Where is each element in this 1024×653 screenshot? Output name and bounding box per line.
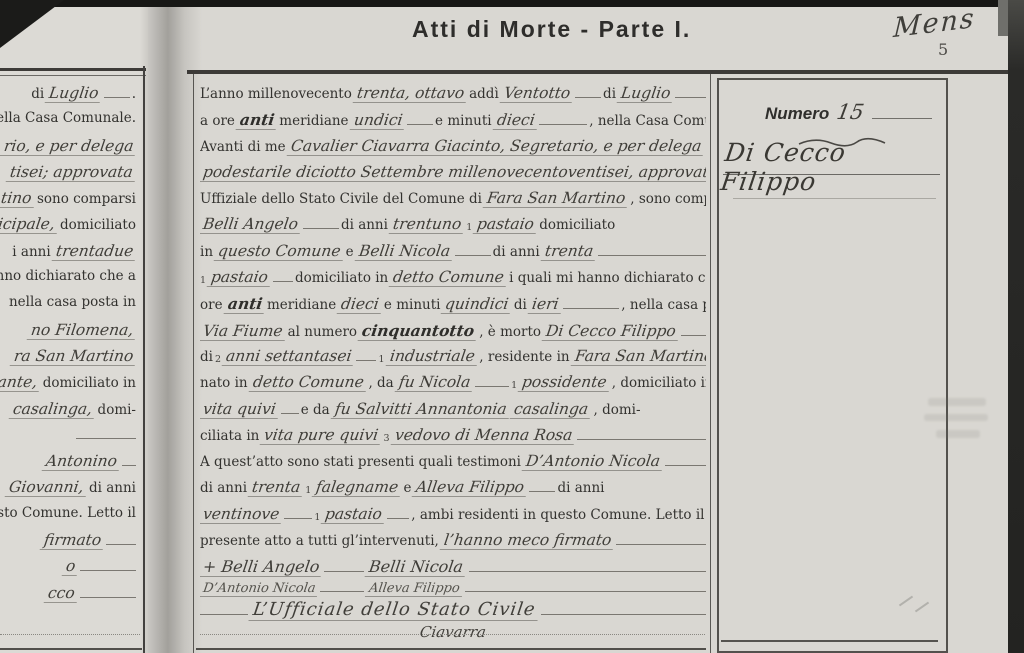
ruled-fill <box>872 106 932 119</box>
ruled-fill <box>106 532 136 545</box>
handwritten-text: cinquantotto <box>358 321 479 341</box>
handwritten-text: tisei; approvata <box>6 163 137 182</box>
printed-text: i anni <box>12 244 50 260</box>
handwritten-text: Belli Nicola <box>365 557 468 577</box>
text-line: Antonino <box>0 452 140 478</box>
text-line: a oreantimeridianeundicie minutidieci, n… <box>200 110 706 136</box>
handwritten-text: Belli Nicola <box>354 242 454 261</box>
handwritten-text: ventinove <box>200 505 284 524</box>
printed-text: e <box>403 480 411 496</box>
printed-text: meridiane <box>267 297 336 313</box>
handwritten-text: Antonino <box>42 452 122 471</box>
text-line: firmato <box>0 531 140 557</box>
text-line: Giovanni,di anni <box>0 478 140 504</box>
deceased-name: Di Cecco Filippo <box>719 138 944 196</box>
text-line: Uffiziale dello Stato Civile del Comune … <box>200 189 706 215</box>
handwritten-text: fu Nicola <box>394 373 474 392</box>
handwritten-text: ciante, <box>0 373 42 392</box>
handwritten-text: quindici <box>441 295 513 314</box>
ruled-fill <box>598 243 706 256</box>
ruled-fill <box>76 426 136 439</box>
handwritten-text: vita pure quivi <box>260 426 383 445</box>
printed-text: di <box>603 86 616 102</box>
text-line: Belli Angelodi annitrentuno1pastaiodomic… <box>200 215 706 241</box>
footnote-marker: 3 <box>383 433 389 444</box>
footnote-marker: 1 <box>305 485 311 496</box>
ruled-fill <box>681 323 706 336</box>
text-line: hanno dichiarato che a <box>0 268 140 294</box>
handwritten-text: rio, e per delega <box>0 137 137 156</box>
printed-text: Uffiziale dello Stato Civile del Comune … <box>200 191 482 207</box>
ruled-fill <box>563 296 619 309</box>
printed-text: di anni <box>493 244 540 260</box>
handwritten-text: Di Cecco Filippo <box>542 322 680 341</box>
text-line: ciante,domiciliato in <box>0 373 140 399</box>
handwritten-text: Alleva Filippo <box>365 581 464 597</box>
text-line: L’Ufficiale dello Stato Civile <box>200 599 706 623</box>
numero-label: Numero <box>765 104 829 124</box>
printed-text: A quest’atto sono stati presenti quali t… <box>200 454 521 470</box>
ruled-fill <box>529 479 555 492</box>
handwritten-text: trenta <box>248 478 305 497</box>
printed-text: uesto Comune. Letto il <box>0 505 136 521</box>
ruled-fill <box>407 112 433 125</box>
text-line: L’anno millenovecentotrenta, ottavoaddìV… <box>200 84 706 110</box>
printed-text: di <box>31 86 44 102</box>
printed-text: , ambi residenti in questo Comune. Letto… <box>411 507 704 523</box>
printed-text: a ore <box>200 113 235 129</box>
handwritten-text: falegname <box>312 478 403 497</box>
printed-text: L’anno millenovecento <box>200 86 352 102</box>
text-line: diLuglio. <box>0 84 140 110</box>
text-line: cco <box>0 584 140 610</box>
handwritten-text: questo Comune <box>214 242 345 261</box>
handwritten-text: anti <box>223 294 266 314</box>
handwritten-text: cco <box>44 584 79 603</box>
printed-text: , sono comparsi <box>630 191 706 207</box>
photo-corner-top-left <box>0 0 64 48</box>
handwritten-text: pastaio <box>473 215 539 234</box>
blank-ruled-line <box>733 198 936 199</box>
handwritten-text: trenta, ottavo <box>353 84 469 103</box>
printed-text: , domiciliato in <box>612 375 706 391</box>
handwritten-text: Via Fiume <box>200 322 287 341</box>
ruled-fill <box>200 602 248 615</box>
printed-text: addì <box>469 86 499 102</box>
text-line: i annitrentadue <box>0 242 140 268</box>
handwritten-text: ra San Martino <box>9 347 137 366</box>
footnote-marker: 1 <box>466 222 472 233</box>
handwritten-text: no Filomena, <box>26 321 137 340</box>
handwritten-text: Alleva Filippo <box>412 478 529 497</box>
printed-text: , è morto <box>479 324 541 340</box>
handwritten-text: Cavalier Ciavarra Giacinto, Segretario, … <box>286 137 705 156</box>
handwritten-text: industriale <box>385 347 478 366</box>
printed-text: , nella Casa Comunale. <box>589 113 706 129</box>
printed-text: ore <box>200 297 223 313</box>
text-line: ra San Martino <box>0 347 140 373</box>
printed-text: di <box>514 297 527 313</box>
text-line: nella Casa Comunale. <box>0 110 140 136</box>
bleed-through-smudge <box>924 414 988 421</box>
handwritten-text: pastaio <box>321 505 387 524</box>
footnote-marker: 1 <box>200 275 206 286</box>
handwritten-text: trentadue <box>51 242 137 261</box>
handwritten-text: detto Comune <box>248 373 368 392</box>
ruled-fill <box>104 85 130 98</box>
ruled-fill <box>675 85 706 98</box>
printed-text: , residente in <box>479 349 569 365</box>
photo-right-edge <box>1008 0 1024 653</box>
handwritten-text: Fara San Martino <box>570 347 706 366</box>
handwritten-text: possidente <box>518 373 611 392</box>
handwritten-text: trentuno <box>389 215 466 234</box>
ruled-fill <box>281 401 299 414</box>
handwritten-text: firmato <box>39 531 105 550</box>
left-bottom-dotted-rule <box>0 634 140 635</box>
photo-top-edge <box>0 0 1000 7</box>
handwritten-text: L’Ufficiale dello Stato Civile <box>248 599 540 621</box>
handwritten-text: Ventotto <box>499 84 574 103</box>
printed-text: sono comparsi <box>37 191 136 207</box>
printed-text: , nella casa posta in <box>621 297 706 313</box>
handwritten-text: vita quivi <box>200 400 280 419</box>
printed-text: ciliata in <box>200 428 259 444</box>
printed-text: . <box>132 86 136 102</box>
text-line: podestarile diciotto Settembre millenove… <box>200 163 706 189</box>
text-line: Ciavarra <box>200 623 706 641</box>
bottom-dotted-rule <box>200 634 705 635</box>
handwritten-text: ieri <box>527 295 562 314</box>
printed-text: nato in <box>200 375 248 391</box>
printed-text: e da <box>301 402 330 418</box>
numero-value: 15 <box>835 100 866 124</box>
text-line: Via Fiumeal numerocinquantotto, è mortoD… <box>200 321 706 347</box>
ruled-fill <box>80 558 136 571</box>
ruled-fill <box>284 506 312 519</box>
handwritten-text: dieci <box>337 295 383 314</box>
handwritten-text: anni settantasei <box>222 347 356 366</box>
text-line: casalinga,domi- <box>0 400 140 426</box>
scanned-death-register-photo: Atti di Morte - Parte I. Mens 5 diLuglio… <box>0 0 1024 653</box>
handwritten-text: trenta <box>540 242 597 261</box>
footnote-marker: 2 <box>215 354 221 365</box>
printed-text: , domi- <box>594 402 641 418</box>
ruled-fill <box>475 374 509 387</box>
handwritten-text: Luglio <box>617 84 675 103</box>
text-line <box>0 426 140 452</box>
ruled-fill <box>356 348 376 361</box>
ruled-fill <box>80 585 136 598</box>
text-line: nato indetto Comune, dafu Nicola1posside… <box>200 373 706 399</box>
text-line: Avanti di meCavalier Ciavarra Giacinto, … <box>200 137 706 163</box>
bleed-through-smudge <box>928 398 986 406</box>
ruled-fill <box>469 559 706 572</box>
text-line: tinosono comparsi <box>0 189 140 215</box>
printed-text: domiciliato <box>539 217 615 233</box>
left-bottom-solid-rule <box>0 648 142 650</box>
deceased-name-row: Di Cecco Filippo <box>723 132 940 175</box>
handwritten-text: o <box>61 557 79 576</box>
ruled-fill <box>455 243 491 256</box>
handwritten-text: unicipale, <box>0 215 59 234</box>
ruled-fill <box>387 506 409 519</box>
printed-text: nella Casa Comunale. <box>0 110 136 126</box>
text-line: rio, e per delega <box>0 137 140 163</box>
printed-text: e minuti <box>435 113 492 129</box>
printed-text: presente atto a tutti gl’intervenuti, <box>200 533 439 549</box>
text-line: oreantimeridianediecie minutiquindicidii… <box>200 294 706 320</box>
printed-text: in <box>200 244 213 260</box>
printed-text: hanno dichiarato che a <box>0 268 136 284</box>
text-line: + Belli AngeloBelli Nicola <box>200 557 706 579</box>
text-line: presente atto a tutti gl’intervenuti,l’h… <box>200 531 706 557</box>
text-line: ciliata invita pure quivi3vedovo di Menn… <box>200 426 706 452</box>
handwritten-text: Belli Angelo <box>200 215 302 234</box>
text-line: ventinove1pastaio, ambi residenti in que… <box>200 505 706 531</box>
text-line: o <box>0 557 140 583</box>
ruled-fill <box>122 453 136 466</box>
handwritten-text: vedovo di Menna Rosa <box>390 426 576 445</box>
signatures-block: + Belli AngeloBelli NicolaD’Antonio Nico… <box>200 557 706 641</box>
printed-text: i quali mi hanno dichiarato che a <box>509 270 706 286</box>
handwritten-text: casalinga, <box>9 400 97 419</box>
text-line: di2anni settantasei1industriale, residen… <box>200 347 706 373</box>
handwritten-text: + Belli Angelo <box>200 557 324 577</box>
printed-text: domiciliato in <box>43 375 136 391</box>
handwritten-text: tino <box>0 189 36 208</box>
handwritten-text: undici <box>349 111 406 130</box>
handwritten-text: podestarile diciotto Settembre millenove… <box>200 163 706 182</box>
margin-number-box: Numero 15 Di Cecco Filippo <box>717 78 948 653</box>
ruled-fill <box>575 85 601 98</box>
bottom-solid-rule <box>196 648 706 650</box>
handwritten-text: casalinga <box>510 400 593 419</box>
text-line: D’Antonio NicolaAlleva Filippo <box>200 579 706 599</box>
footnote-marker: 1 <box>511 380 517 391</box>
bleed-through-smudge <box>936 430 980 438</box>
footnote-marker: 1 <box>378 354 384 365</box>
printed-text: di <box>200 349 213 365</box>
printed-text: domi- <box>98 402 136 418</box>
printed-text: al numero <box>288 324 357 340</box>
handwritten-text: anti <box>236 110 279 130</box>
printed-text: e <box>346 244 354 260</box>
previous-act-fragments: diLuglio.nella Casa Comunale.rio, e per … <box>0 84 140 610</box>
handwritten-text: fu Salvitti Annantonia <box>330 400 510 419</box>
text-line: tisei; approvata <box>0 163 140 189</box>
text-line: no Filomena, <box>0 321 140 347</box>
faint-pencil-marks <box>898 600 932 614</box>
handwritten-text: l’hanno meco firmato <box>439 531 615 550</box>
ruled-fill <box>541 602 706 615</box>
printed-text: e minuti <box>384 297 441 313</box>
ruled-fill <box>465 579 706 592</box>
footnote-marker: 1 <box>314 512 320 523</box>
page-number: 5 <box>938 40 948 59</box>
printed-text: meridiane <box>279 113 348 129</box>
death-act-text: L’anno millenovecentotrenta, ottavoaddìV… <box>200 84 706 557</box>
printed-text: di anni <box>557 480 604 496</box>
printed-text: di anni <box>341 217 388 233</box>
page-title: Atti di Morte - Parte I. <box>412 16 691 43</box>
text-line: di annitrenta1falegnameeAlleva Filippodi… <box>200 478 706 504</box>
printed-text: domiciliato in <box>295 270 388 286</box>
handwritten-text: dieci <box>492 111 538 130</box>
text-line: uesto Comune. Letto il <box>0 505 140 531</box>
ruled-fill <box>303 216 339 229</box>
ruled-fill <box>324 559 364 572</box>
printed-text: Avanti di me <box>200 139 286 155</box>
printed-text: di anni <box>200 480 247 496</box>
handwritten-text: Giovanni, <box>5 478 88 497</box>
ruled-fill <box>273 269 293 282</box>
handwritten-text: Ciavarra <box>416 623 490 641</box>
ruled-fill <box>616 532 706 545</box>
printed-text: , da <box>368 375 393 391</box>
printed-text: domiciliato <box>60 217 136 233</box>
handwritten-text: Fara San Martino <box>483 189 630 208</box>
text-line: nella casa posta in <box>0 294 140 320</box>
numero-row: Numero 15 <box>765 100 932 124</box>
handwritten-text: D’Antonio Nicola <box>522 452 665 471</box>
margin-box-bottom-rule <box>721 640 938 642</box>
text-line: vita quivie dafu Salvitti Annantoniacasa… <box>200 400 706 426</box>
ruled-fill <box>539 112 587 125</box>
ruled-fill <box>320 579 364 592</box>
ruled-fill <box>577 427 706 440</box>
handwritten-text: Luglio <box>45 84 103 103</box>
text-line: 1pastaiodomiciliato indetto Comunei qual… <box>200 268 706 294</box>
printed-text: di anni <box>89 480 136 496</box>
handwritten-text: detto Comune <box>389 268 509 287</box>
ruled-fill <box>665 453 706 466</box>
text-line: inquesto ComuneeBelli Nicoladi annitrent… <box>200 242 706 268</box>
handwritten-text: pastaio <box>207 268 273 287</box>
printed-text: nella casa posta in <box>9 294 136 310</box>
text-line: A quest’atto sono stati presenti quali t… <box>200 452 706 478</box>
handwritten-text: D’Antonio Nicola <box>200 581 320 597</box>
text-line: unicipale,domiciliato <box>0 215 140 241</box>
